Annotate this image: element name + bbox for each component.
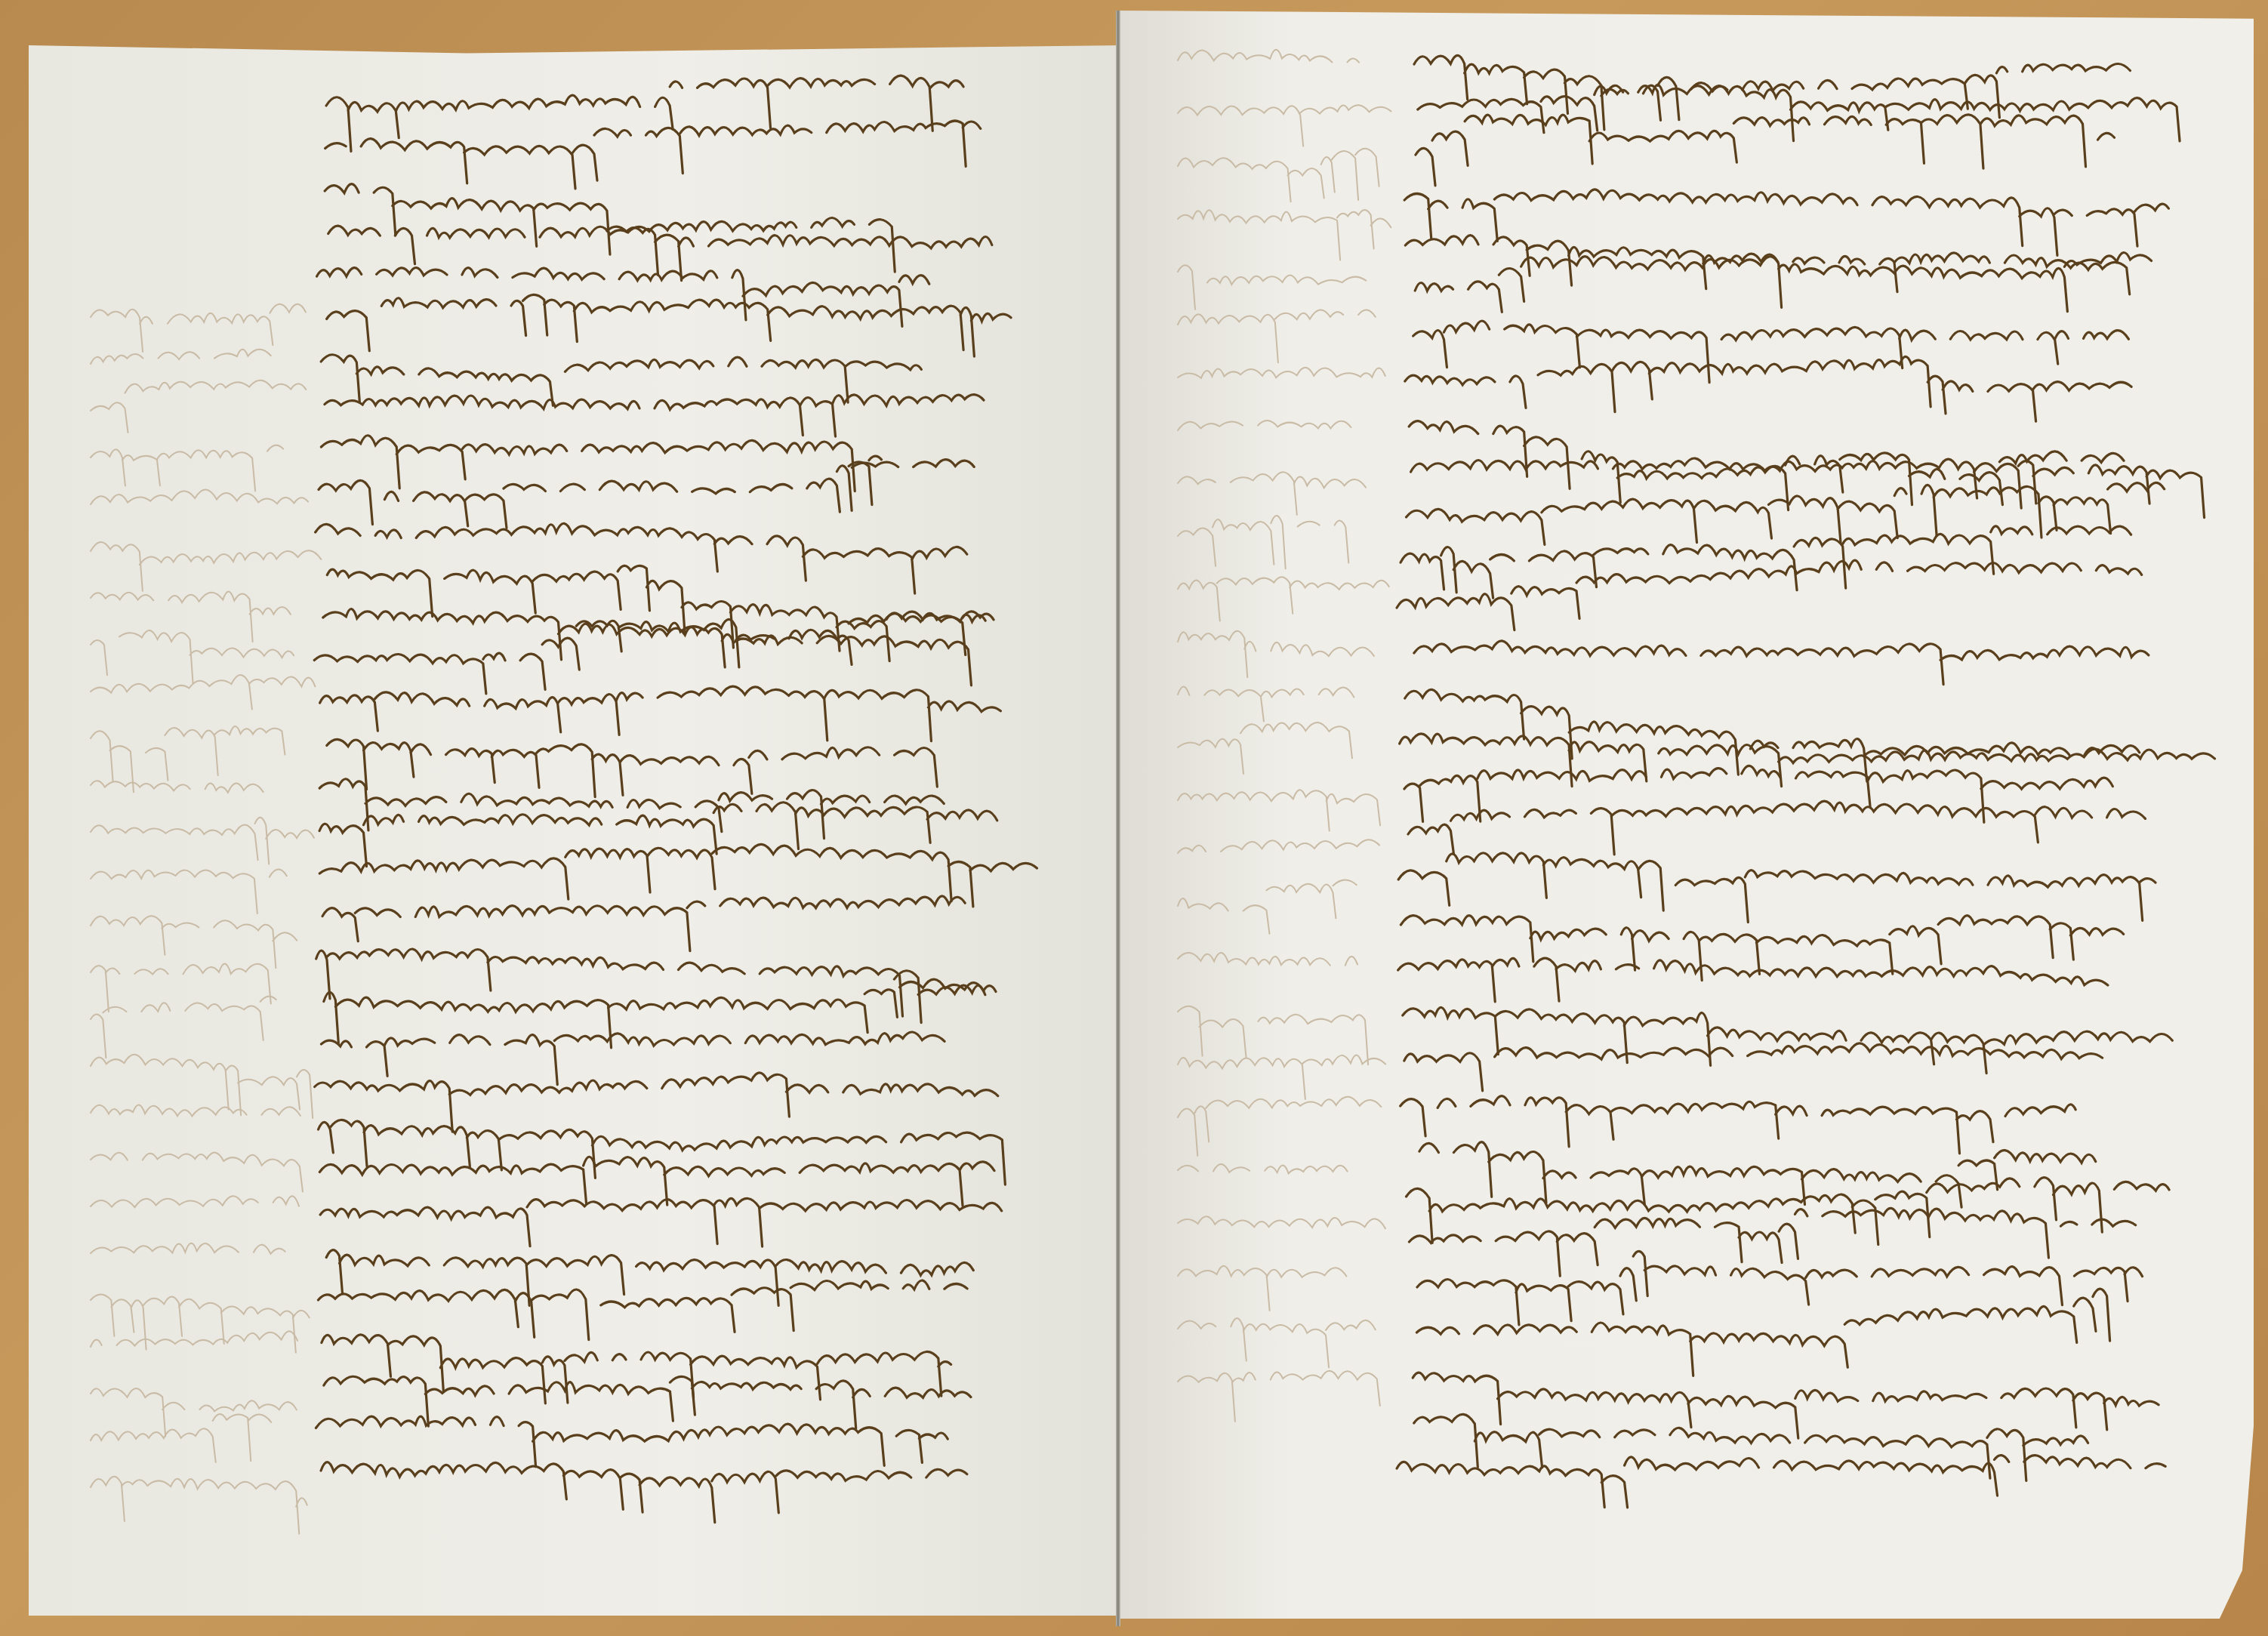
handwritten-text [0,0,2268,1636]
